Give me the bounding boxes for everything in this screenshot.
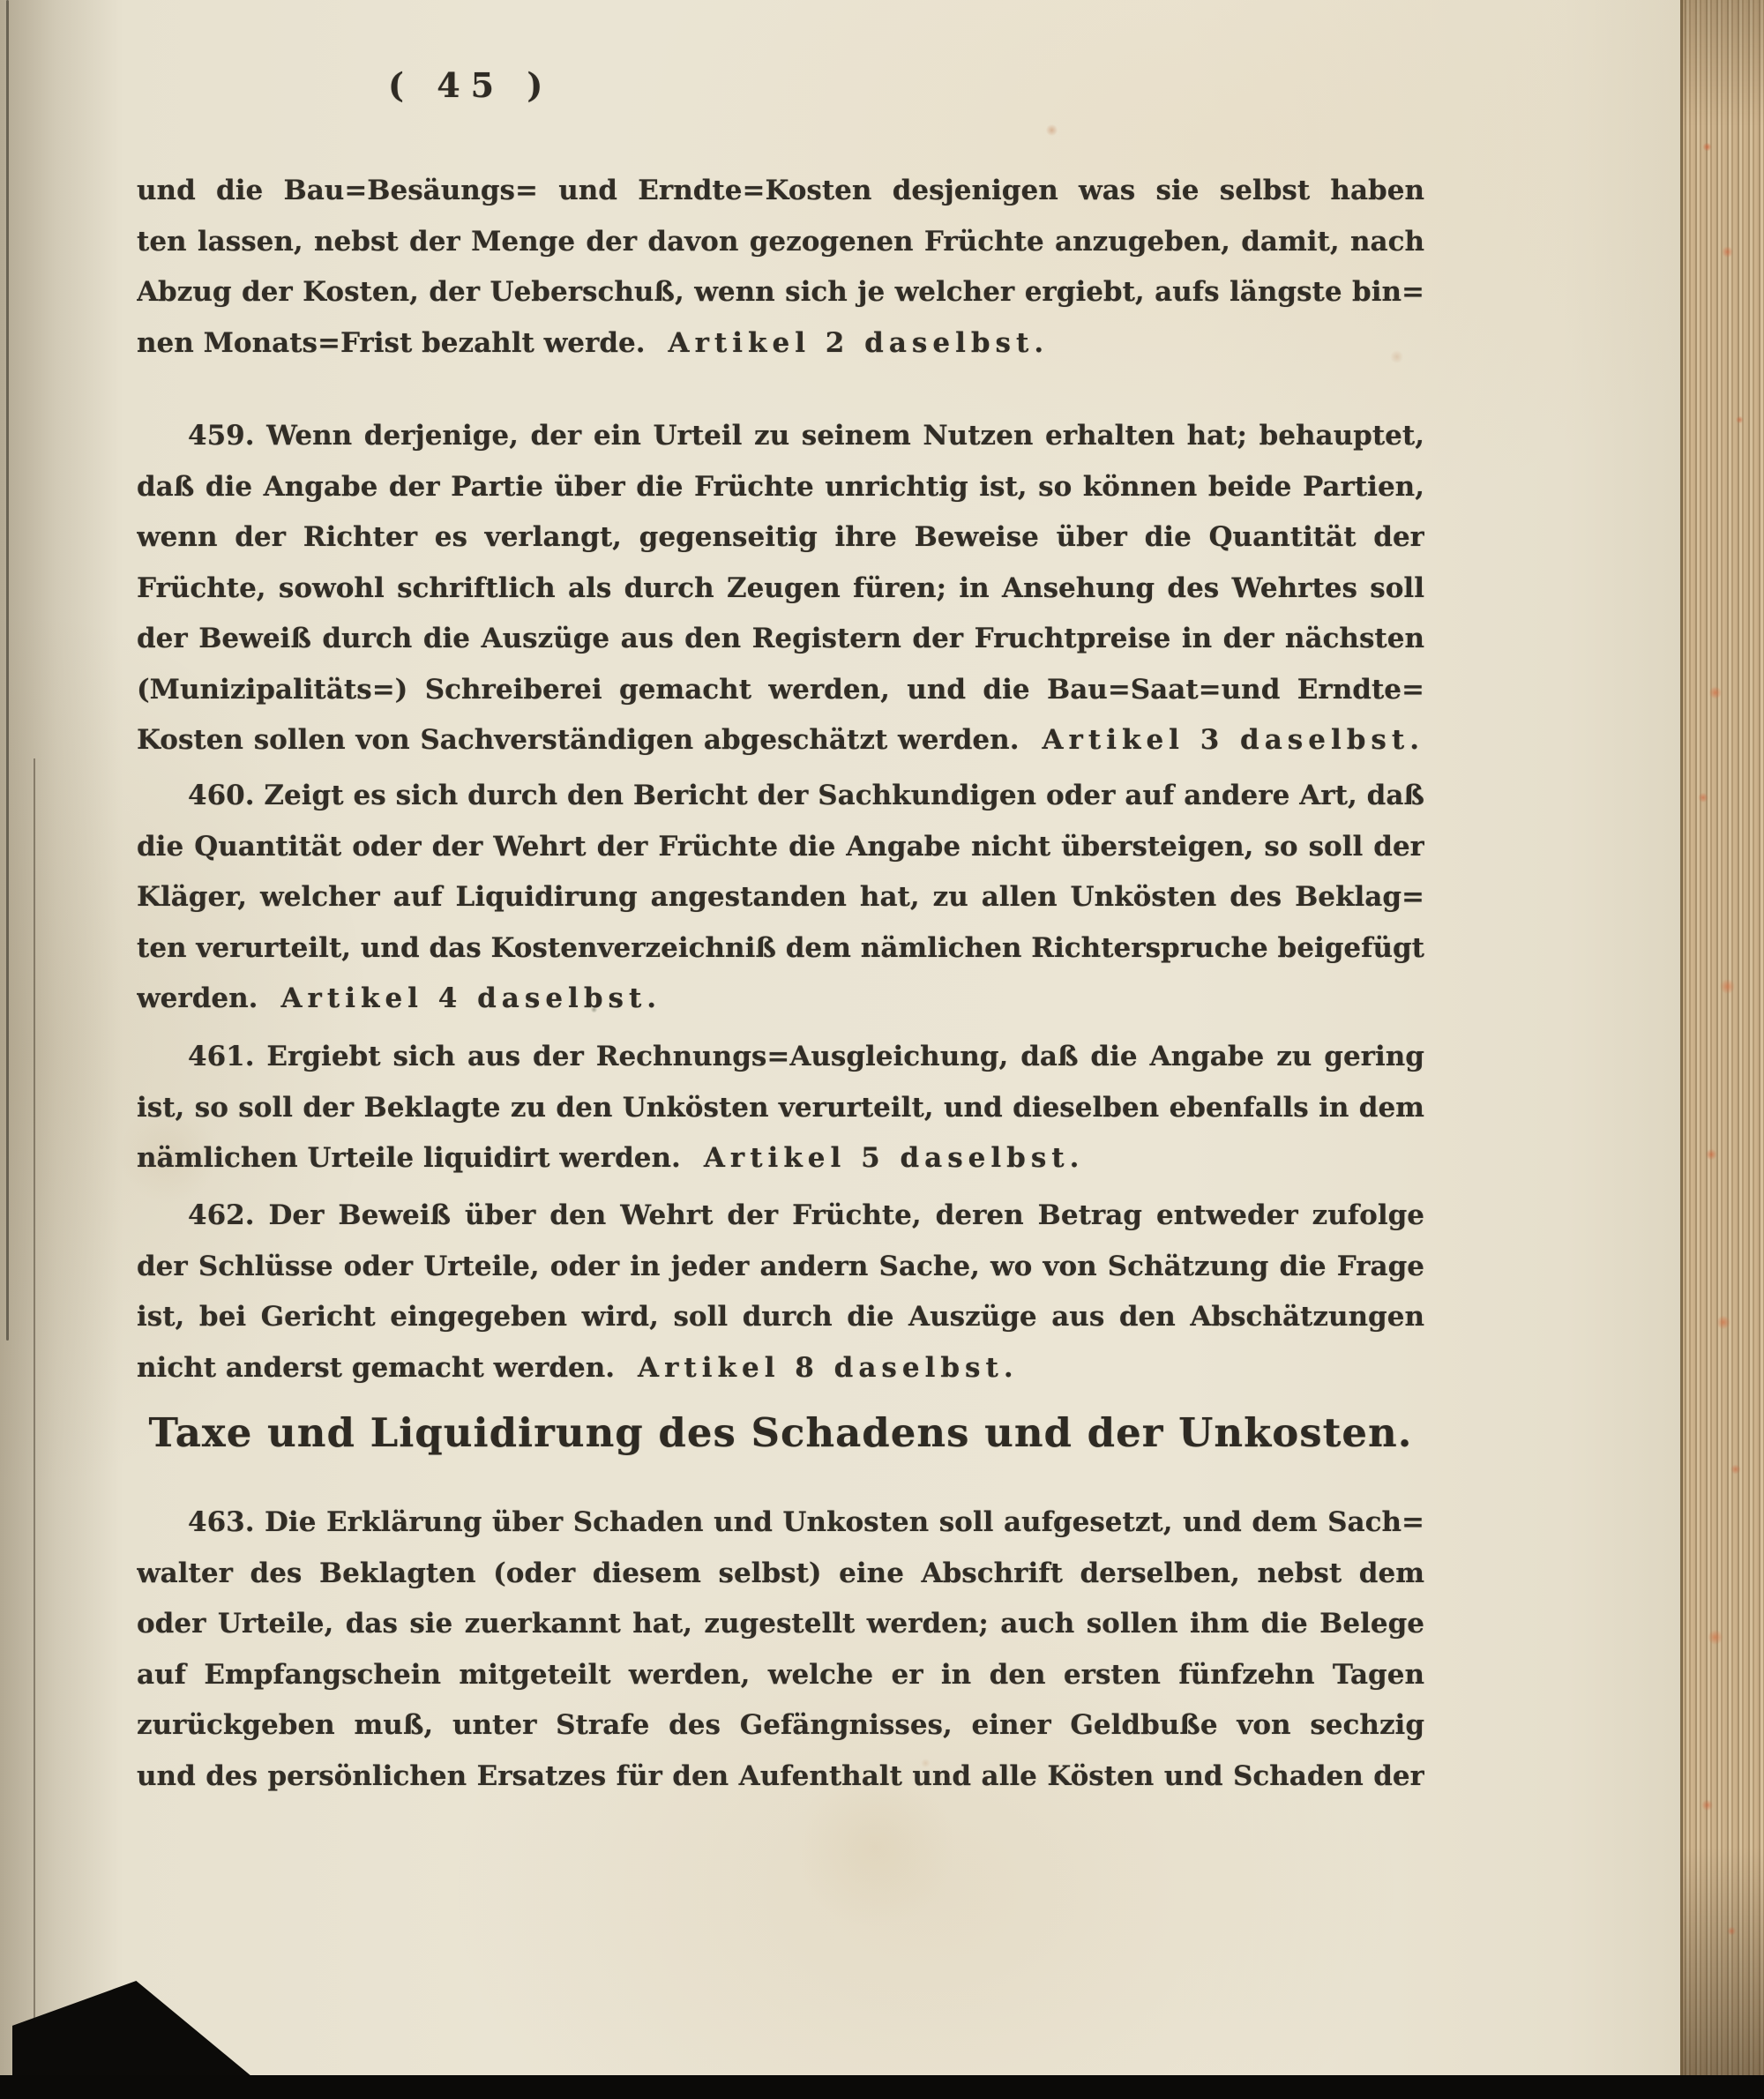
article-citation: Artikel 4 daselbst.: [280, 982, 661, 1014]
paragraph: und die Bau=Besäungs= und Erndte=Kosten …: [137, 166, 1424, 369]
article-citation: Artikel 2 daselbst.: [669, 327, 1050, 359]
text-line: nämlichen Urteile liquidirt werden.Artik…: [137, 1133, 1424, 1184]
text-line: 459. Wenn derjenige, der ein Urteil zu s…: [137, 411, 1424, 462]
text-line: 461. Ergiebt sich aus der Rechnungs=Ausg…: [137, 1032, 1424, 1083]
paragraph: 463. Die Erklärung über Schaden und Unko…: [137, 1498, 1424, 1802]
text-line: der Schlüsse oder Urteile, oder in jeder…: [137, 1242, 1424, 1293]
text-line: zurückgeben muß, unter Strafe des Gefäng…: [137, 1700, 1424, 1752]
text-line: daß die Angabe der Partie über die Früch…: [137, 462, 1424, 513]
text-line: der Beweiß durch die Auszüge aus den Reg…: [137, 614, 1424, 665]
text-line: und die Bau=Besäungs= und Erndte=Kosten …: [137, 166, 1424, 217]
section-heading: Taxe und Liquidirung des Schadens und de…: [137, 1409, 1424, 1456]
text-line: (Munizipalitäts=) Schreiberei gemacht we…: [137, 665, 1424, 716]
text-line: auf Empfangschein mitgeteilt werden, wel…: [137, 1650, 1424, 1701]
article-citation: Artikel 3 daselbst.: [1043, 724, 1425, 756]
text-line: ist, bei Gericht eingegeben wird, soll d…: [137, 1292, 1424, 1343]
text-line: 463. Die Erklärung über Schaden und Unko…: [137, 1498, 1424, 1549]
paragraph: 460. Zeigt es sich durch den Bericht der…: [137, 771, 1424, 1025]
page-edge-line: [6, 0, 9, 1341]
text-line: nen Monats=Frist bezahlt werde.Artikel 2…: [137, 318, 1424, 370]
text-line: ten lassen, nebst der Menge der davon ge…: [137, 217, 1424, 268]
text-line: walter des Beklagten (oder diesem selbst…: [137, 1549, 1424, 1600]
text-line: 460. Zeigt es sich durch den Bericht der…: [137, 771, 1424, 822]
text-line: die Quantität oder der Wehrt der Früchte…: [137, 822, 1424, 873]
binding-gutter-shadow: [0, 0, 123, 2099]
text-line: wenn der Richter es verlangt, gegenseiti…: [137, 512, 1424, 564]
text-block: und die Bau=Besäungs= und Erndte=Kosten …: [137, 0, 1424, 2099]
text-line: ten verurteilt, und das Kostenverzeichni…: [137, 923, 1424, 975]
paragraph: 461. Ergiebt sich aus der Rechnungs=Ausg…: [137, 1032, 1424, 1184]
book-fore-edge: [1680, 0, 1764, 2099]
text-line: nicht anderst gemacht werden.Artikel 8 d…: [137, 1343, 1424, 1394]
article-citation: Artikel 5 daselbst.: [704, 1142, 1085, 1174]
article-citation: Artikel 8 daselbst.: [638, 1352, 1019, 1384]
text-line: Früchte, sowohl schriftlich als durch Ze…: [137, 564, 1424, 615]
paragraph: 462. Der Beweiß über den Wehrt der Früch…: [137, 1191, 1424, 1393]
text-line: ist, so soll der Beklagte zu den Unköste…: [137, 1083, 1424, 1134]
text-line: oder Urteile, das sie zuerkannt hat, zug…: [137, 1599, 1424, 1650]
scan-bottom-edge: [0, 2075, 1764, 2099]
text-line: Abzug der Kosten, der Ueberschuß, wenn s…: [137, 267, 1424, 318]
text-line: Kosten sollen von Sachverständigen abges…: [137, 715, 1424, 766]
text-line: werden.Artikel 4 daselbst.: [137, 974, 1424, 1025]
book-scan: ( 45 ) und die Bau=Besäungs= und Erndte=…: [0, 0, 1764, 2099]
gutter-crease-line: [34, 758, 35, 2055]
text-line: und des persönlichen Ersatzes für den Au…: [137, 1752, 1424, 1803]
text-line: 462. Der Beweiß über den Wehrt der Früch…: [137, 1191, 1424, 1242]
paragraph: 459. Wenn derjenige, der ein Urteil zu s…: [137, 411, 1424, 766]
text-line: Kläger, welcher auf Liquidirung angestan…: [137, 872, 1424, 923]
